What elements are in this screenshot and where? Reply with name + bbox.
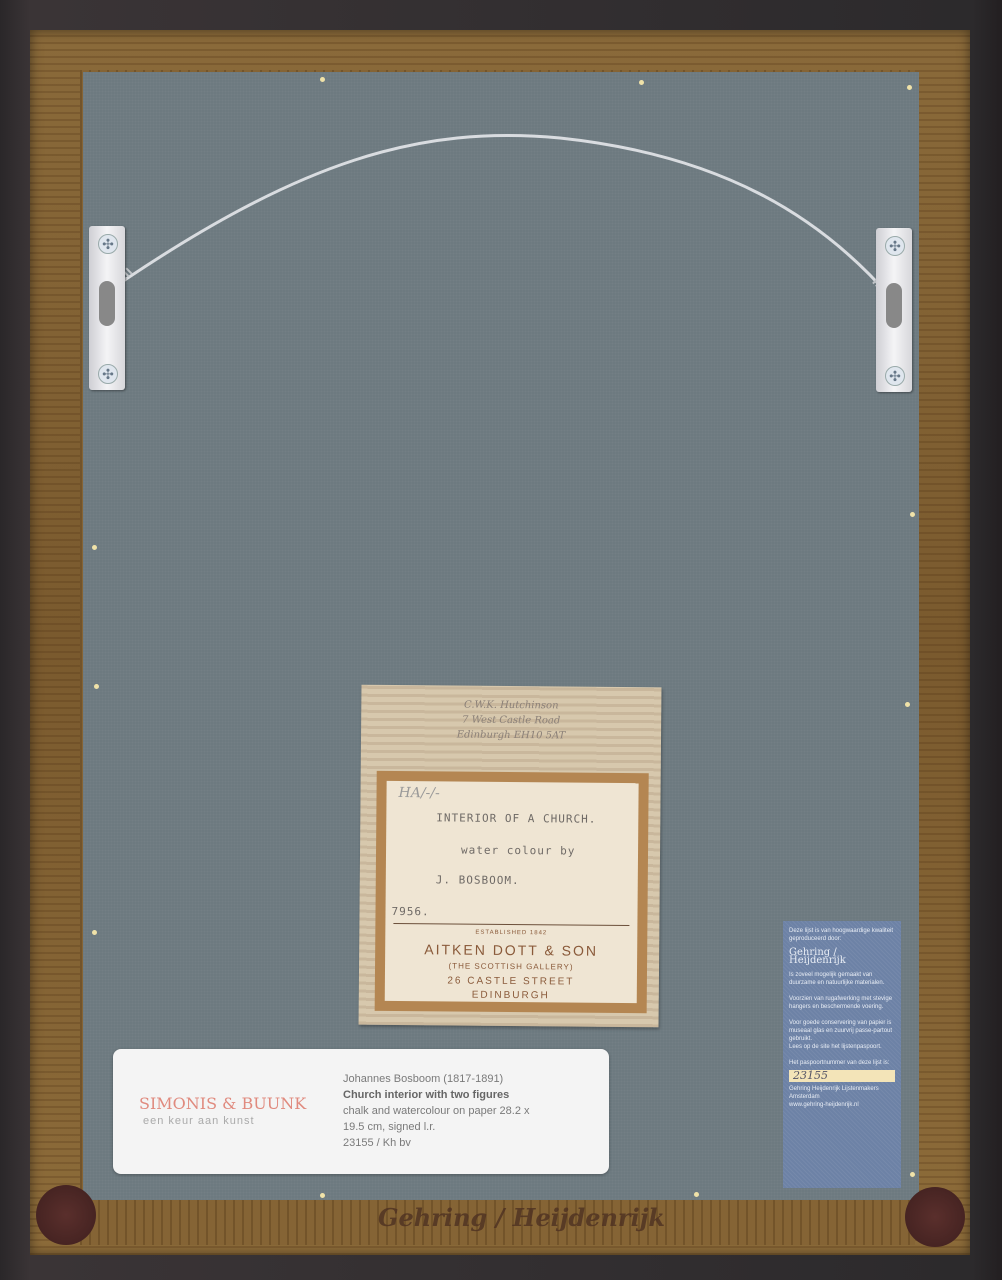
gallery-subtitle: (THE SCOTTISH GALLERY) (385, 961, 637, 972)
framer-text: Lees op de site het lijstenpaspoort. (789, 1043, 895, 1051)
typed-title: INTERIOR OF A CHURCH. (436, 811, 596, 825)
framer-footer: Gehring Heijdenrijk Lijstenmakers (789, 1085, 895, 1093)
framer-text: Voorzien van rugafwerking met stevige ha… (789, 995, 895, 1011)
d-ring-hanger-right: ✣ ✣ (876, 228, 912, 392)
hanger-slot (886, 283, 902, 328)
medium-line-1: chalk and watercolour on paper 28.2 x (343, 1103, 530, 1119)
medium-line-2: 19.5 cm, signed l.r. (343, 1119, 530, 1135)
screw-icon: ✣ (98, 364, 118, 384)
typed-medium: water colour by (461, 844, 575, 858)
passport-number: 23155 (789, 1070, 895, 1082)
collector-stamp: C.W.K. Hutchinson 7 West Castle Road Edi… (361, 697, 661, 745)
framer-footer: Amsterdam (789, 1093, 895, 1101)
dealer-logo: SIMONIS & BUUNK (139, 1094, 306, 1113)
gallery-address: 26 CASTLE STREET (385, 975, 637, 988)
framer-brand: Gehring / Heijdenrijk (789, 949, 895, 965)
established-text: ESTABLISHED 1842 (385, 929, 637, 937)
felt-bumper-left (36, 1185, 96, 1245)
frame-brand-burn: Gehring / Heijdenrijk (378, 1203, 665, 1232)
framer-text: Is zoveel mogelijk gemaakt van duurzame … (789, 971, 895, 987)
typed-artist: J. BOSBOOM. (436, 873, 520, 887)
inventory-number: 23155 / Kh bv (343, 1135, 530, 1151)
divider (393, 923, 629, 926)
framer-footer: www.gehring-heijdenrijk.nl (789, 1101, 895, 1109)
screw-icon: ✣ (98, 234, 118, 254)
screw-icon: ✣ (885, 236, 905, 256)
felt-bumper-right (905, 1187, 965, 1247)
stock-number: 7956. (391, 905, 429, 918)
framer-label: Deze lijst is van hoogwaardige kwaliteit… (783, 921, 901, 1188)
gallery-city: EDINBURGH (385, 989, 637, 1002)
framer-intro: Deze lijst is van hoogwaardige kwaliteit… (789, 927, 895, 943)
artist-name: Johannes Bosboom (1817-1891) (343, 1071, 530, 1087)
screw-icon: ✣ (885, 366, 905, 386)
dealer-label: SIMONIS & BUUNK een keur aan kunst Johan… (113, 1049, 609, 1174)
stamp-line-3: Edinburgh EH10 5AT (361, 727, 661, 745)
passport-label: Het paspoortnummer van deze lijst is: (789, 1059, 895, 1067)
gallery-provenance-label: C.W.K. Hutchinson 7 West Castle Road Edi… (359, 685, 662, 1028)
artwork-title: Church interior with two figures (343, 1087, 530, 1103)
d-ring-hanger-left: ✣ ✣ (89, 226, 125, 390)
framer-text: Voor goede conservering van papier is mu… (789, 1019, 895, 1043)
gallery-card: HA/-/- INTERIOR OF A CHURCH. water colou… (375, 771, 649, 1013)
hanger-slot (99, 281, 115, 326)
dealer-tagline: een keur aan kunst (143, 1115, 255, 1127)
gallery-name: AITKEN DOTT & SON (385, 941, 637, 959)
handwritten-note: HA/-/- (398, 785, 439, 801)
